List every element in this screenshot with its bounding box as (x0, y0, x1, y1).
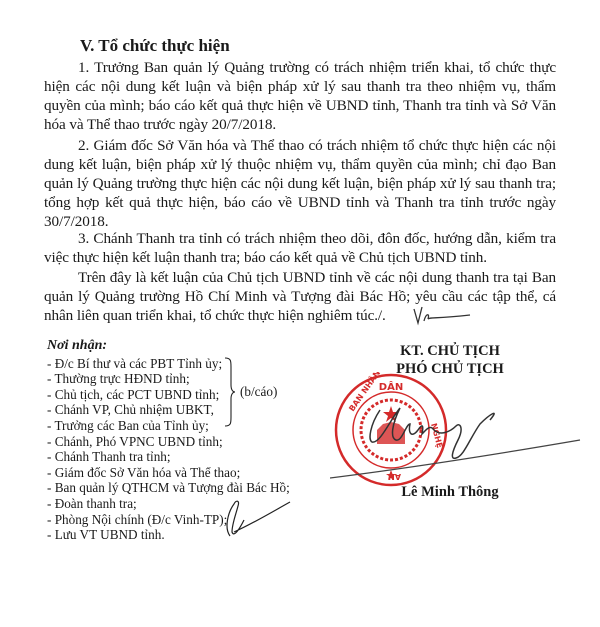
initial-mark-icon (412, 305, 472, 327)
recipient-item: - Đ/c Bí thư và các PBT Tỉnh ủy; (47, 356, 290, 372)
recipient-item: - Chánh Thanh tra tỉnh; (47, 449, 290, 465)
bracket-note: (b/cáo) (240, 384, 277, 400)
recipient-item: - Trưởng các Ban của Tỉnh ủy; (47, 418, 290, 434)
paragraph-1: 1. Trưởng Ban quản lý Quảng trường có tr… (44, 58, 556, 134)
recipient-item: - Giám đốc Sở Văn hóa và Thể thao; (47, 465, 290, 481)
recipient-item: - Chánh, Phó VPNC UBND tỉnh; (47, 434, 290, 450)
signer-name: Lê Minh Thông (380, 484, 520, 501)
document-page: V. Tổ chức thực hiện 1. Trưởng Ban quản … (0, 0, 600, 627)
recipient-item: - Chánh VP, Chủ nhiệm UBKT, (47, 402, 290, 418)
closing-paragraph: Trên đây là kết luận của Chủ tịch UBND t… (44, 268, 556, 325)
paragraph-3: 3. Chánh Thanh tra tỉnh có trách nhiệm t… (44, 229, 556, 267)
section-heading: V. Tổ chức thực hiện (80, 36, 230, 56)
initial-signature-icon (222, 498, 292, 538)
paragraph-2: 2. Giám đốc Sở Văn hóa và Thể thao có tr… (44, 136, 556, 231)
brace-icon (224, 357, 236, 427)
recipient-item: - Ban quản lý QTHCM và Tượng đài Bác Hồ; (47, 480, 290, 496)
signature-title-line1: KT. CHỦ TỊCH (380, 342, 520, 360)
handwritten-signature-icon (330, 380, 600, 490)
recipients-title: Nơi nhận: (47, 338, 290, 354)
